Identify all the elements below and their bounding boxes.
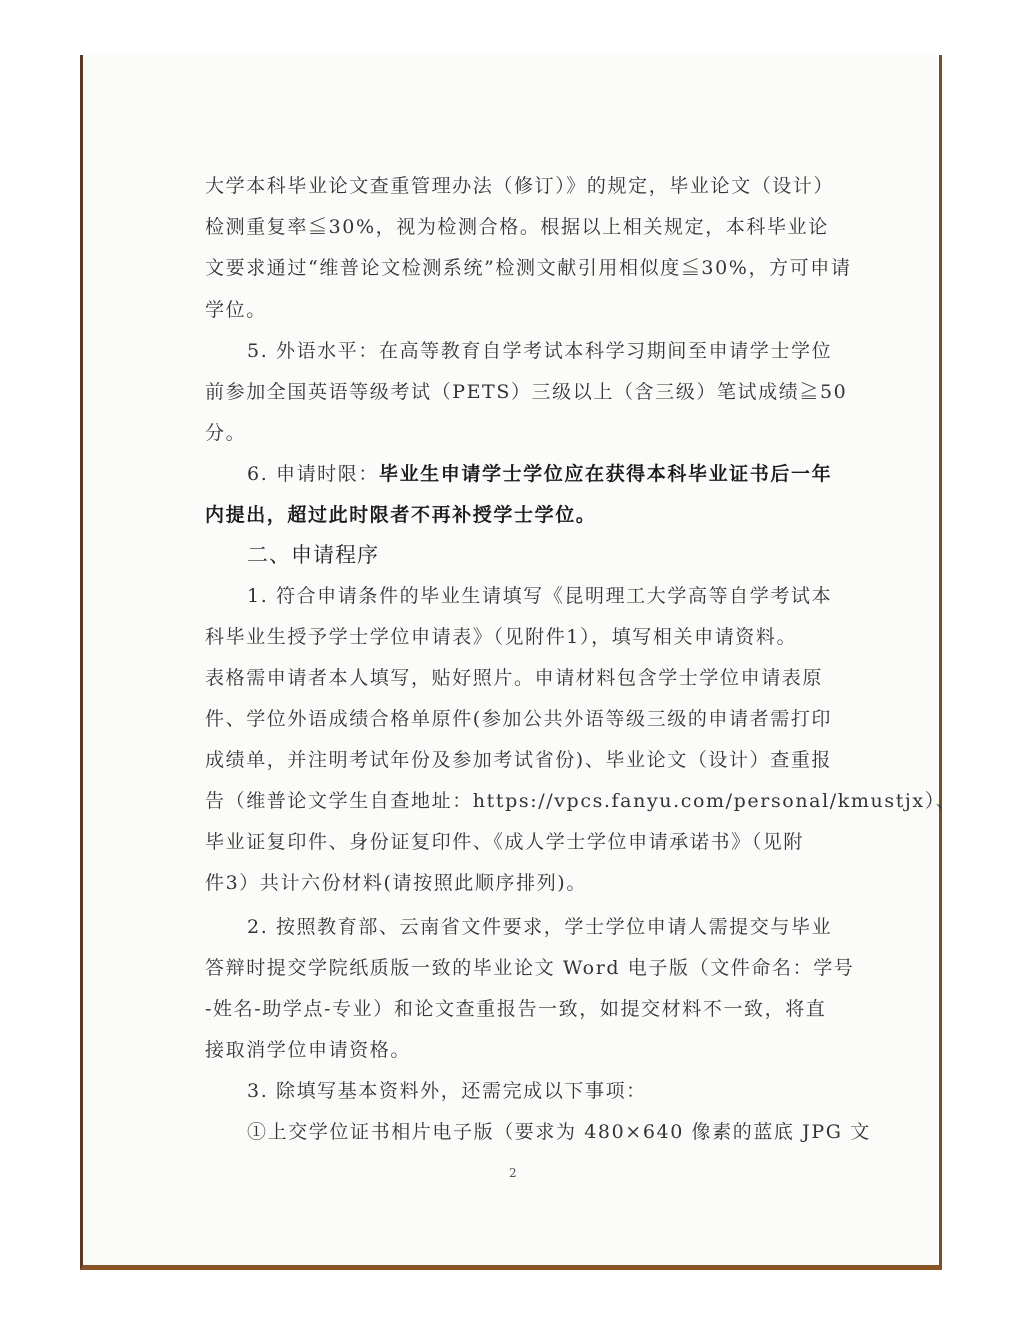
s2-item1-line-3: 表格需申请者本人填写，贴好照片。申请材料包含学士学位申请表原 xyxy=(205,664,823,692)
item5-line-2: 前参加全国英语等级考试（PETS）三级以上（含三级）笔试成绩≧50 xyxy=(205,378,847,406)
paragraph-plagiarism-line-2: 检测重复率≦30%，视为检测合格。根据以上相关规定，本科毕业论 xyxy=(205,213,829,241)
s2-item2-line-3: -姓名-助学点-专业）和论文查重报告一致，如提交材料不一致，将直 xyxy=(205,995,826,1023)
s2-item1-line-4: 件、学位外语成绩合格单原件(参加公共外语等级三级的申请者需打印 xyxy=(205,705,832,733)
s2-item1-line-6: 告（维普论文学生自查地址：https://vpcs.fanyu.com/pers… xyxy=(205,787,956,815)
item5-line-3: 分。 xyxy=(205,419,246,447)
document-page: 大学本科毕业论文查重管理办法（修订）》的规定，毕业论文（设计） 检测重复率≦30… xyxy=(80,55,942,1270)
s2-item1-line-2: 科毕业生授予学士学位申请表》（见附件1），填写相关申请资料。 xyxy=(205,623,797,651)
s2-item2-line-1: 2. 按照教育部、云南省文件要求，学士学位申请人需提交与毕业 xyxy=(247,913,832,941)
s2-item1-line-7: 毕业证复印件、身份证复印件、《成人学士学位申请承诺书》（见附 xyxy=(205,828,804,856)
paragraph-plagiarism-line-1: 大学本科毕业论文查重管理办法（修订）》的规定，毕业论文（设计） xyxy=(205,172,834,200)
s2-item1-line-1: 1. 符合申请条件的毕业生请填写《昆明理工大学高等自学考试本 xyxy=(247,582,832,610)
page-number: 2 xyxy=(509,1166,517,1180)
s2-item2-line-4: 接取消学位申请资格。 xyxy=(205,1036,411,1064)
item6-line-2: 内提出，超过此时限者不再补授学士学位。 xyxy=(205,501,596,529)
paragraph-plagiarism-line-3: 文要求通过“维普论文检测系统”检测文献引用相似度≦30%，方可申请 xyxy=(205,254,851,282)
s2-item3-line-1: 3. 除填写基本资料外，还需完成以下事项： xyxy=(247,1077,647,1105)
s2-item1-line-8: 件3）共计六份材料(请按照此顺序排列)。 xyxy=(205,869,587,897)
item6-label: 6. 申请时限： xyxy=(247,463,379,485)
s2-item3-line-2: ①上交学位证书相片电子版（要求为 480×640 像素的蓝底 JPG 文 xyxy=(247,1118,871,1146)
item5-line-1: 5. 外语水平：在高等教育自学考试本科学习期间至申请学士学位 xyxy=(247,337,832,365)
item6-bold-text-1: 毕业生申请学士学位应在获得本科毕业证书后一年 xyxy=(379,463,832,485)
item6-line-1: 6. 申请时限：毕业生申请学士学位应在获得本科毕业证书后一年 xyxy=(247,460,832,488)
paragraph-plagiarism-line-4: 学位。 xyxy=(205,296,267,324)
s2-item1-line-5: 成绩单，并注明考试年份及参加考试省份)、毕业论文（设计）查重报 xyxy=(205,746,832,774)
s2-item2-line-2: 答辩时提交学院纸质版一致的毕业论文 Word 电子版（文件命名：学号 xyxy=(205,954,854,982)
section-heading: 二、申请程序 xyxy=(247,540,379,570)
